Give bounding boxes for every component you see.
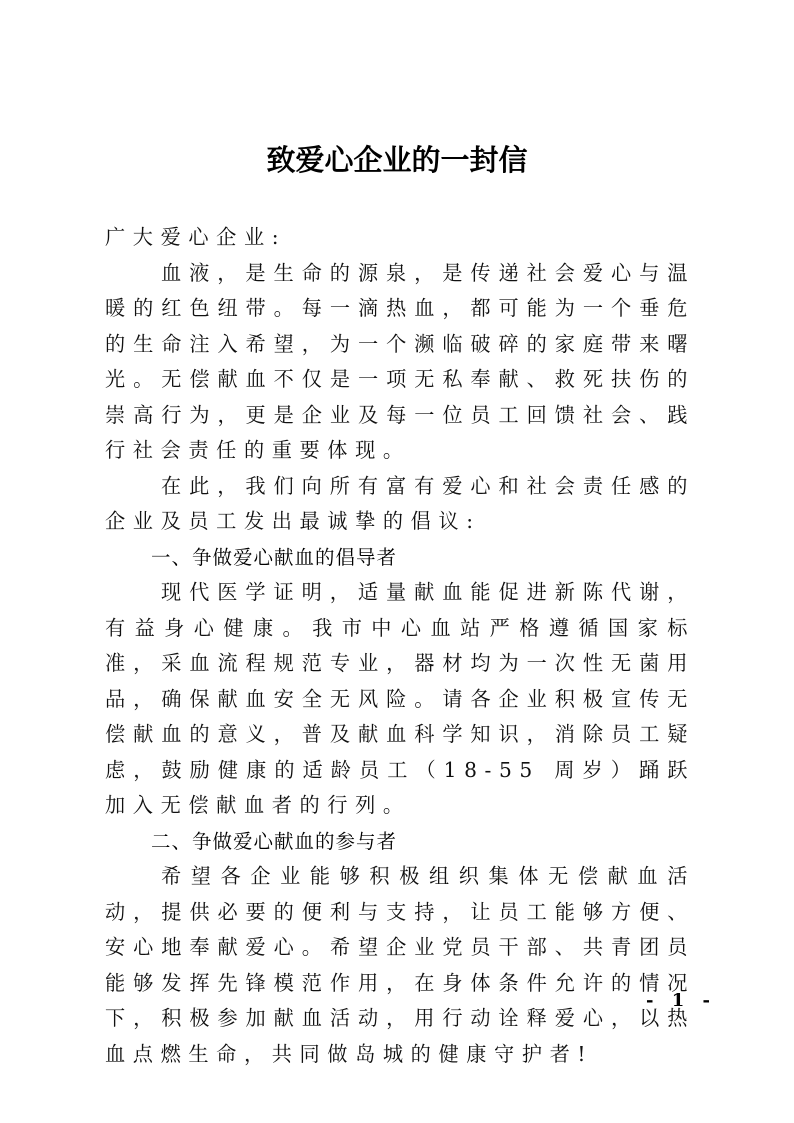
document-title: 致爱心企业的一封信: [0, 140, 794, 180]
document-page: 致爱心企业的一封信 广大爱心企业: 血液，是生命的源泉，是传递社会爱心与温暖的红…: [0, 0, 794, 1123]
paragraph-proposal: 在此，我们向所有富有爱心和社会责任感的企业及员工发出最诚挚的倡议:: [105, 469, 695, 540]
section-heading-advocate: 一、争做爱心献血的倡导者: [105, 540, 695, 576]
paragraph-intro: 血液，是生命的源泉，是传递社会爱心与温暖的红色纽带。每一滴热血，都可能为一个垂危…: [105, 256, 695, 469]
section-text-advocate: 现代医学证明，适量献血能促进新陈代谢，有益身心健康。我市中心血站严格遵循国家标准…: [105, 575, 695, 824]
section-text-participant: 希望各企业能够积极组织集体无偿献血活动，提供必要的便利与支持，让员工能够方便、安…: [105, 859, 695, 1072]
letter-body: 广大爱心企业: 血液，是生命的源泉，是传递社会爱心与温暖的红色纽带。每一滴热血，…: [105, 220, 695, 1072]
page-number: - 1 -: [646, 989, 716, 1013]
salutation: 广大爱心企业:: [105, 220, 695, 256]
section-heading-participant: 二、争做爱心献血的参与者: [105, 824, 695, 860]
